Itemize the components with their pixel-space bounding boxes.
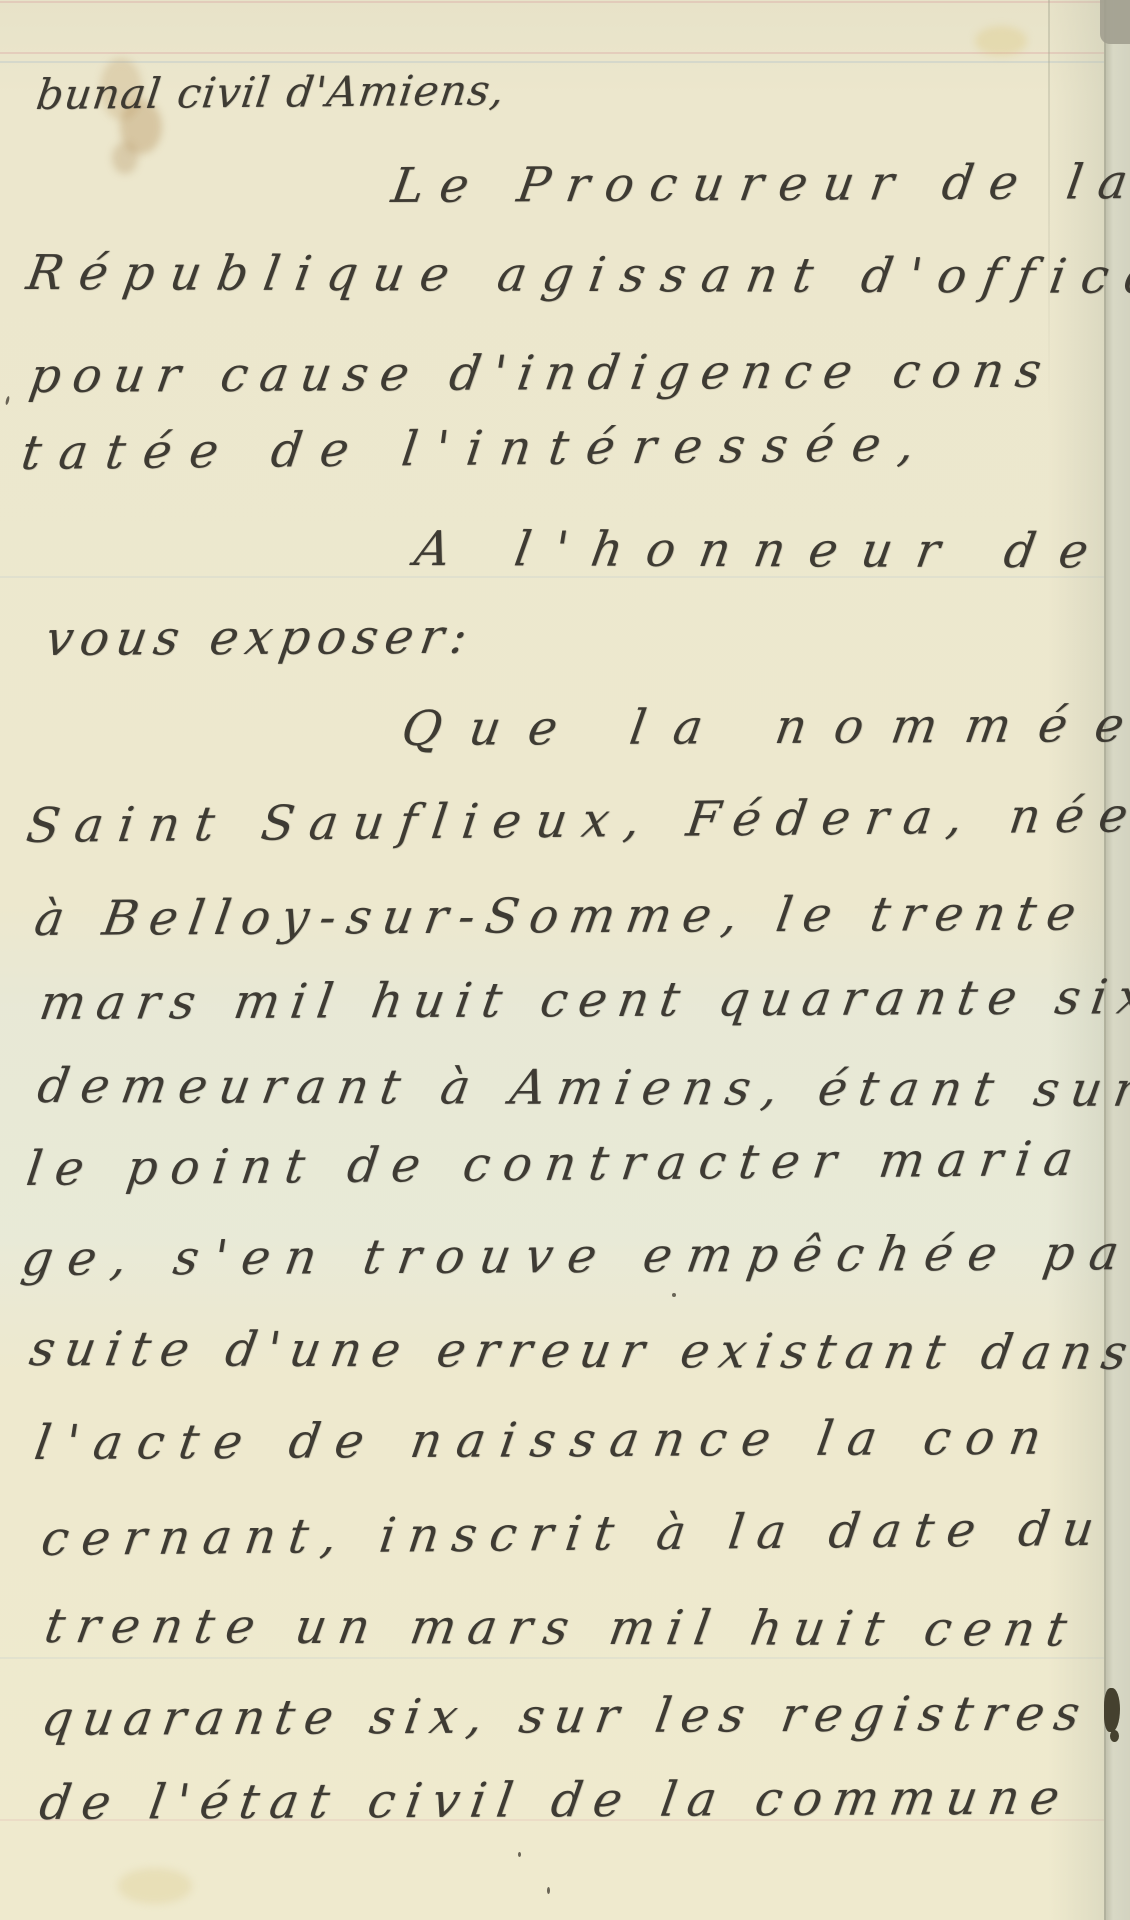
manuscript-line: mars mil huit cent quarante six	[37, 973, 1130, 1027]
manuscript-line: le point de contracter maria	[24, 1135, 1089, 1193]
manuscript-page: bunal civil d'Amiens, Le Procureur de la…	[0, 0, 1130, 1920]
ruled-line	[0, 1, 1106, 3]
manuscript-line: pour cause d'indigence cons	[27, 347, 1057, 400]
manuscript-line: demeurant à Amiens, étant sur	[34, 1062, 1130, 1114]
manuscript-line: à Belloy-sur-Somme, le trente	[32, 890, 1090, 943]
manuscript-line: République agissant d'office	[23, 249, 1130, 301]
manuscript-line: Saint Sauflieux, Fédera, née	[24, 791, 1130, 850]
manuscript-line: tatée de l'intéressée,	[19, 420, 935, 477]
stain	[975, 26, 1027, 56]
speck	[672, 1293, 676, 1297]
speck	[547, 1887, 550, 1894]
manuscript-line: Que la nommée	[399, 701, 1130, 753]
manuscript-line: ge, s'en trouve empêchée par	[19, 1229, 1130, 1283]
speck	[518, 1852, 521, 1857]
manuscript-line: l'acte de naissance la con	[32, 1414, 1060, 1467]
ruled-line	[0, 61, 1106, 63]
stain	[112, 142, 138, 174]
manuscript-line: Le Procureur de la	[389, 158, 1130, 210]
speck	[5, 396, 10, 405]
manuscript-line: vous exposer:	[43, 613, 478, 663]
ruled-line	[0, 52, 1106, 54]
page-edge-corner	[1100, 0, 1130, 44]
manuscript-line: quarante six, sur les registres	[39, 1690, 1093, 1743]
manuscript-line: de l'état civil de la commune	[37, 1774, 1074, 1827]
manuscript-line: suite d'une erreur existant dans	[26, 1325, 1130, 1377]
manuscript-line: bunal civil d'Amiens,	[34, 70, 508, 116]
ruled-line	[0, 1657, 1106, 1659]
manuscript-line: cernant, inscrit à la date du	[39, 1505, 1110, 1563]
manuscript-line: A l'honneur de	[411, 525, 1115, 575]
manuscript-line: trente un mars mil huit cent	[41, 1602, 1081, 1654]
stain	[118, 1868, 192, 1904]
